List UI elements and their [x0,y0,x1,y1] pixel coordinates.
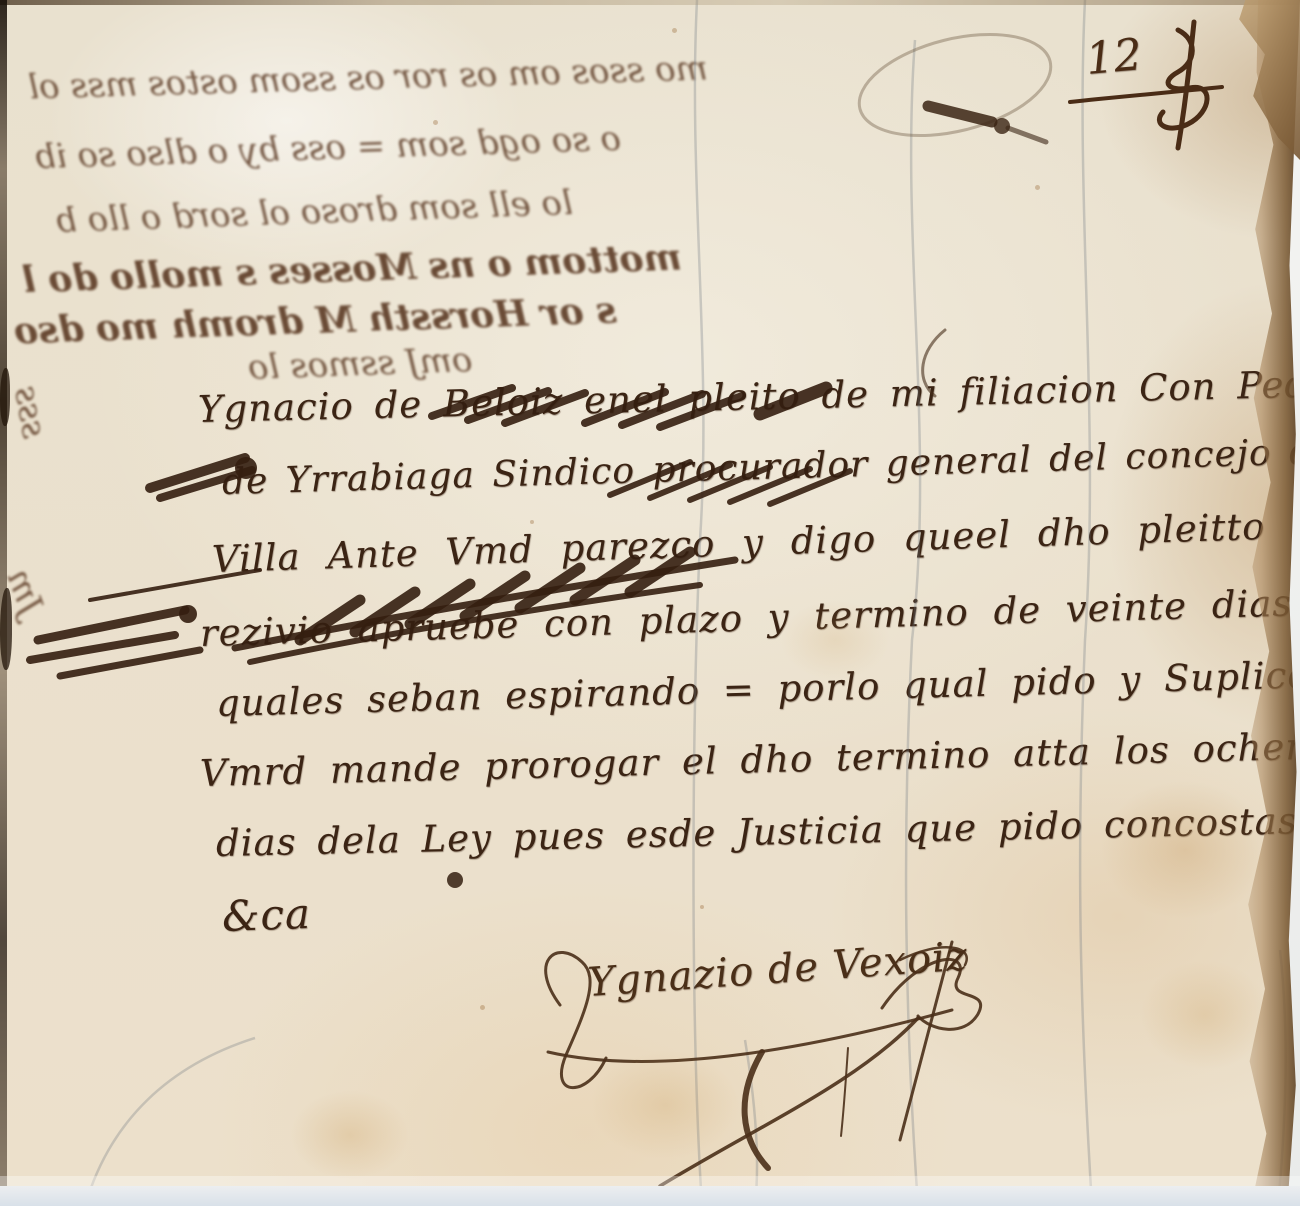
foxing-dot [530,520,534,524]
folio-underline [1070,87,1222,102]
foxing-dot [480,1005,485,1010]
foxing-dot [1035,185,1040,190]
folio-flourish [1070,22,1222,148]
foxing-dot [700,905,704,909]
manuscript-page: mo ssos om os ror os ssom ostos mss ol o… [0,0,1300,1206]
chain-line [85,0,1286,1206]
page-top-edge [0,0,1300,5]
scan-fade [0,1176,1300,1186]
page-left-edge-blob [0,588,12,670]
ink-scribble [30,330,945,888]
scan-strip-bottom [0,1186,1300,1206]
foxing-dot [672,28,677,33]
page-left-edge-blob [0,368,10,426]
pencil-oval-mark [849,17,1061,154]
ink-overlay [0,0,1300,1206]
foxing-dot [433,120,438,125]
